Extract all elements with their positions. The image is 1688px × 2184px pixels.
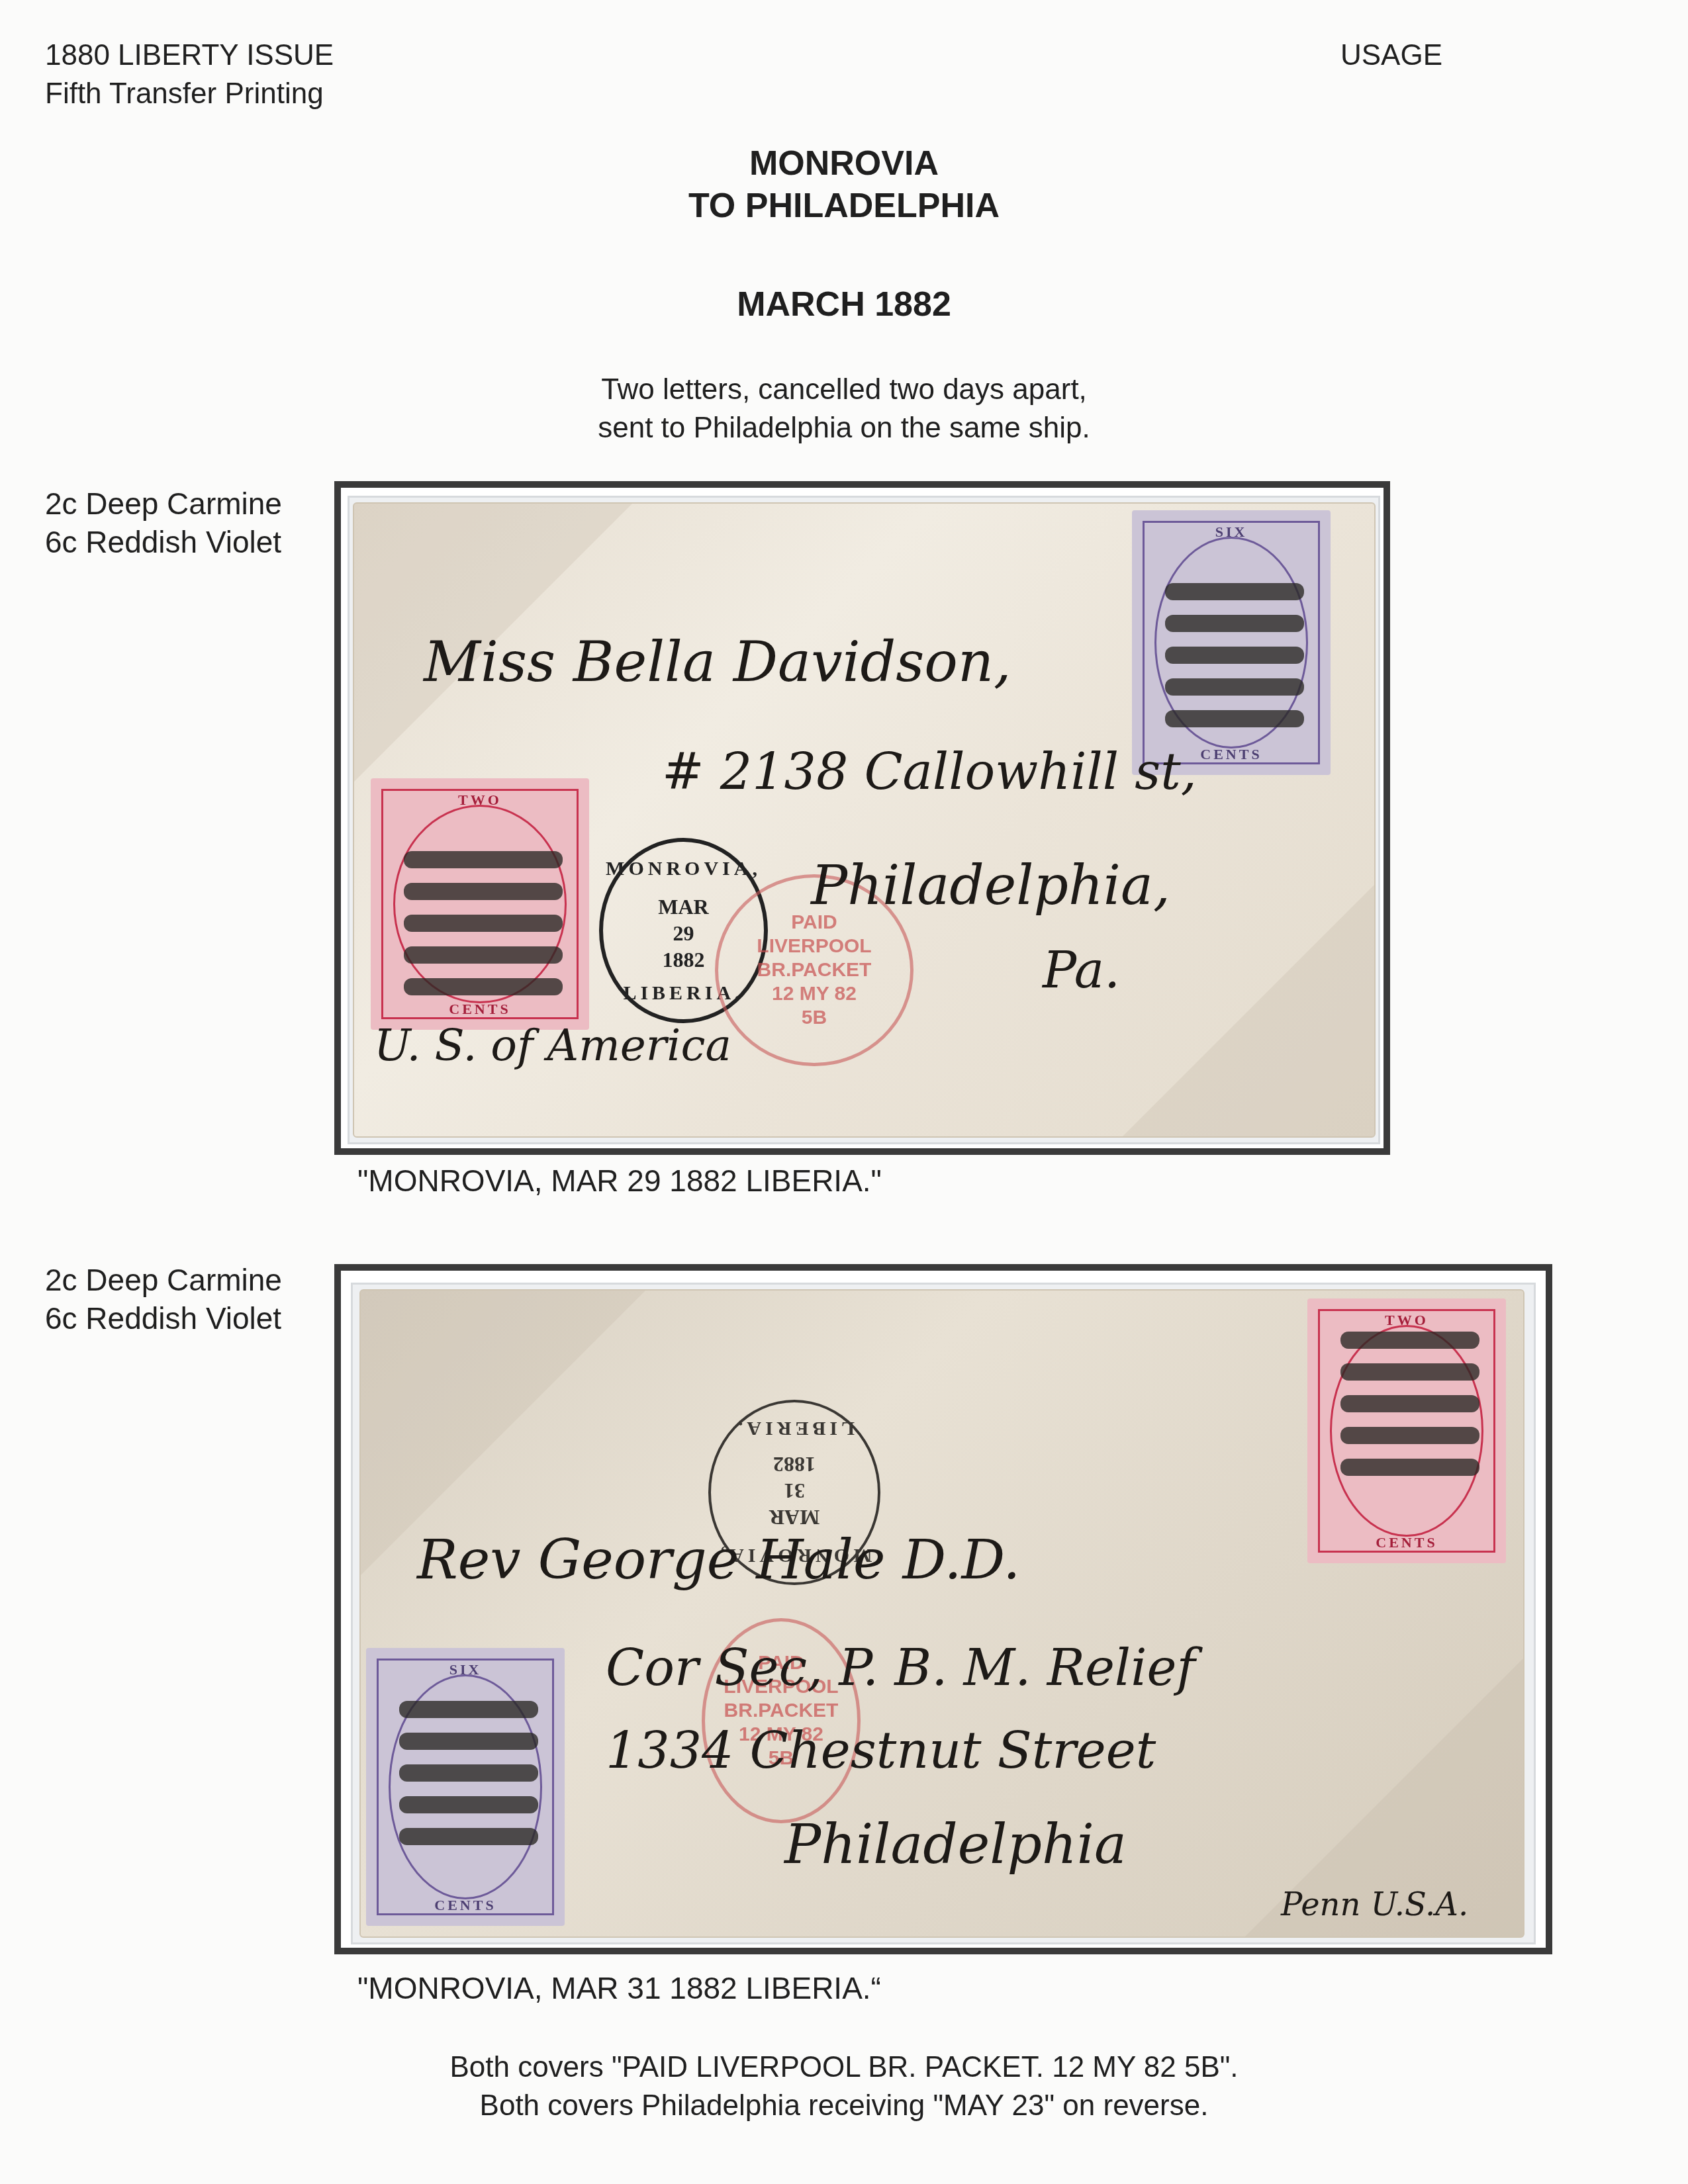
postmark-country: LIBERIA. <box>711 1417 878 1439</box>
stamp-cents: CENTS <box>1307 1534 1506 1551</box>
address-city: Philadelphia <box>784 1813 1127 1876</box>
cover-1-caption: "MONROVIA, MAR 29 1882 LIBERIA." <box>357 1161 882 1200</box>
address-state: Pa. <box>1043 940 1120 999</box>
address-state-country: Penn U.S.A. <box>1281 1886 1468 1923</box>
footer-notes: Both covers "PAID LIVERPOOL BR. PACKET. … <box>0 2048 1688 2125</box>
paid-line: 5B <box>718 1006 910 1030</box>
stamp-denomination: TWO <box>1307 1312 1506 1329</box>
title-destination: TO PHILADELPHIA <box>0 185 1688 227</box>
exhibit-header-left: 1880 LIBERTY ISSUE Fifth Transfer Printi… <box>45 36 334 113</box>
cover-2-envelope: TWO CENTS SIX CENTS MONROVIA, MAR 31 188… <box>359 1289 1524 1938</box>
stamp-cents: CENTS <box>366 1897 565 1914</box>
cover-2-stamps-description: 2c Deep Carmine 6c Reddish Violet <box>45 1261 282 1338</box>
page-title: MONROVIA TO PHILADELPHIA <box>0 142 1688 227</box>
paid-line: LIVERPOOL <box>718 934 910 958</box>
stamp-desc-2c: 2c Deep Carmine <box>45 484 282 523</box>
address-recipient: Rev George Hale D.D. <box>417 1529 1020 1592</box>
barred-cancel-icon <box>1165 583 1304 742</box>
cover-2-caption: "MONROVIA, MAR 31 1882 LIBERIA.“ <box>357 1969 881 2007</box>
postmark-town: MONROVIA, <box>603 858 764 880</box>
footer-paid-note: Both covers "PAID LIVERPOOL BR. PACKET. … <box>0 2048 1688 2087</box>
address-title: Cor Sec, P. B. M. Relief <box>606 1638 1196 1697</box>
stamp-desc-6c: 6c Reddish Violet <box>45 523 282 561</box>
printing-subtitle: Fifth Transfer Printing <box>45 75 334 113</box>
footer-receiving-note: Both covers Philadelphia receiving "MAY … <box>0 2087 1688 2125</box>
postmark-day: 31 <box>711 1478 878 1504</box>
paid-line: BR.PACKET <box>718 958 910 982</box>
cover-1-envelope: SIX CENTS TWO CENTS MONROVIA, MAR 29 188… <box>353 502 1376 1138</box>
address-street: 1334 Chestnut Street <box>606 1721 1156 1780</box>
cover-2-frame: TWO CENTS SIX CENTS MONROVIA, MAR 31 188… <box>334 1264 1552 1954</box>
address-street: # 2138 Callowhill st, <box>662 742 1197 801</box>
paid-line: BR.PACKET <box>705 1699 857 1723</box>
stamp-denomination: SIX <box>366 1661 565 1678</box>
cover-1-stamps-description: 2c Deep Carmine 6c Reddish Violet <box>45 484 282 561</box>
postmark-date: MAR 31 1882 <box>711 1451 878 1531</box>
intro-line-1: Two letters, cancelled two days apart, <box>0 371 1688 409</box>
envelope-flap <box>1123 885 1374 1136</box>
stamp-6c-violet: SIX CENTS <box>1132 510 1331 775</box>
section-label: USAGE <box>1340 36 1442 75</box>
address-country: U. S. of America <box>374 1020 731 1071</box>
postmark-year: 1882 <box>711 1451 878 1478</box>
intro-line-2: sent to Philadelphia on the same ship. <box>0 409 1688 447</box>
stamp-2c-carmine: TWO CENTS <box>371 778 589 1030</box>
stamp-denomination: TWO <box>371 792 589 809</box>
stamp-desc-6c: 6c Reddish Violet <box>45 1299 282 1338</box>
stamp-2c-carmine: TWO CENTS <box>1307 1298 1506 1563</box>
postmark-month: MAR <box>711 1504 878 1531</box>
title-date: MARCH 1882 <box>0 283 1688 326</box>
cover-1-frame: SIX CENTS TWO CENTS MONROVIA, MAR 29 188… <box>334 481 1390 1155</box>
stamp-desc-2c: 2c Deep Carmine <box>45 1261 282 1299</box>
issue-title: 1880 LIBERTY ISSUE <box>45 36 334 75</box>
barred-cancel-icon <box>404 851 563 1010</box>
address-city: Philadelphia, <box>811 854 1170 917</box>
title-origin: MONROVIA <box>0 142 1688 185</box>
barred-cancel-icon <box>1340 1332 1479 1490</box>
paid-line: 12 MY 82 <box>718 982 910 1006</box>
barred-cancel-icon <box>399 1701 538 1860</box>
stamp-6c-violet: SIX CENTS <box>366 1648 565 1926</box>
stamp-denomination: SIX <box>1132 523 1331 541</box>
intro-text: Two letters, cancelled two days apart, s… <box>0 371 1688 447</box>
address-recipient: Miss Bella Davidson, <box>424 629 1011 694</box>
